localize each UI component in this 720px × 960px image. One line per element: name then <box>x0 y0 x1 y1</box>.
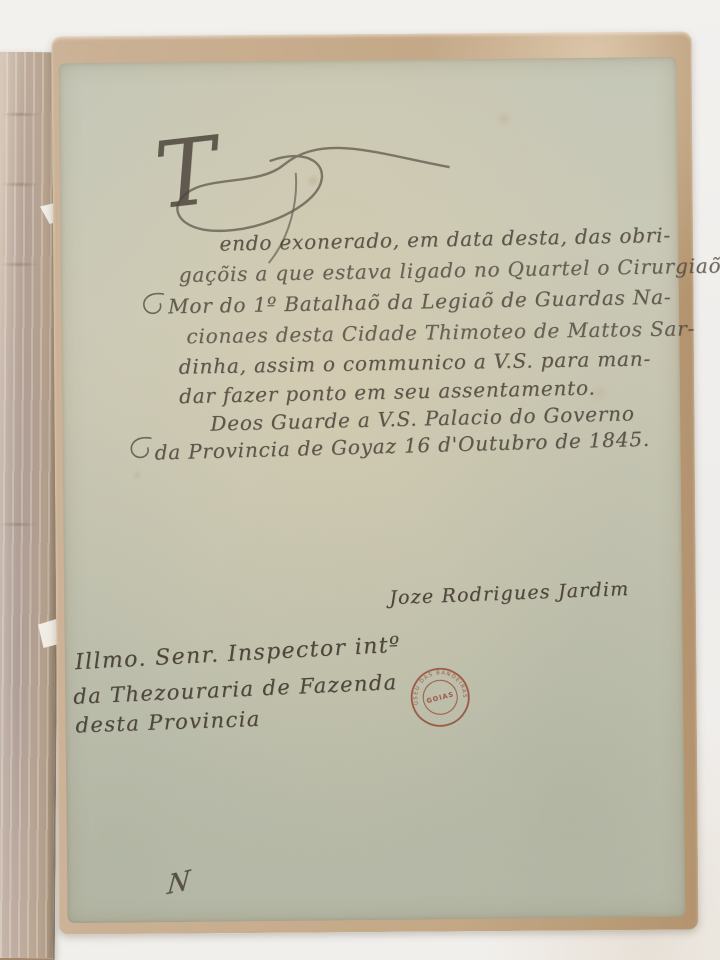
document: T endo exonerado, em data desta, das obr… <box>51 32 698 935</box>
letter-line: dinha, assim o communico a V.S. para man… <box>179 346 652 378</box>
bottom-paraph-mark: N <box>166 865 193 902</box>
svg-text:MUSEU DAS BANDEIRAS: MUSEU DAS BANDEIRAS <box>401 658 468 713</box>
ink-show-through <box>0 522 38 527</box>
address-line: Illmo. Senr. Inspector intº <box>74 633 401 676</box>
archive-stamp: MUSEU DAS BANDEIRAS GOIAS <box>401 658 479 736</box>
pen-flourish <box>124 434 154 460</box>
ink-show-through <box>0 182 40 187</box>
address-line: da Thezouraria de Fazenda <box>73 670 398 709</box>
ink-show-through <box>0 262 40 267</box>
photo-of-manuscript: T endo exonerado, em data desta, das obr… <box>0 0 720 960</box>
stamp-center-text: GOIAS <box>426 690 455 705</box>
letter-line: cionaes desta Cidade Thimoteo de Mattos … <box>186 316 695 348</box>
address-line: desta Provincia <box>75 707 261 738</box>
pen-flourish <box>137 290 167 316</box>
ink-show-through <box>1 112 41 117</box>
initial-letter: T <box>151 125 223 223</box>
stamp-arc-text: MUSEU DAS BANDEIRAS <box>401 658 468 713</box>
manuscript-page: T endo exonerado, em data desta, das obr… <box>59 57 686 923</box>
signature: Joze Rodrigues Jardim <box>389 578 630 609</box>
letter-line: Mor do 1º Batalhaõ da Legiaõ de Guardas … <box>168 285 672 319</box>
